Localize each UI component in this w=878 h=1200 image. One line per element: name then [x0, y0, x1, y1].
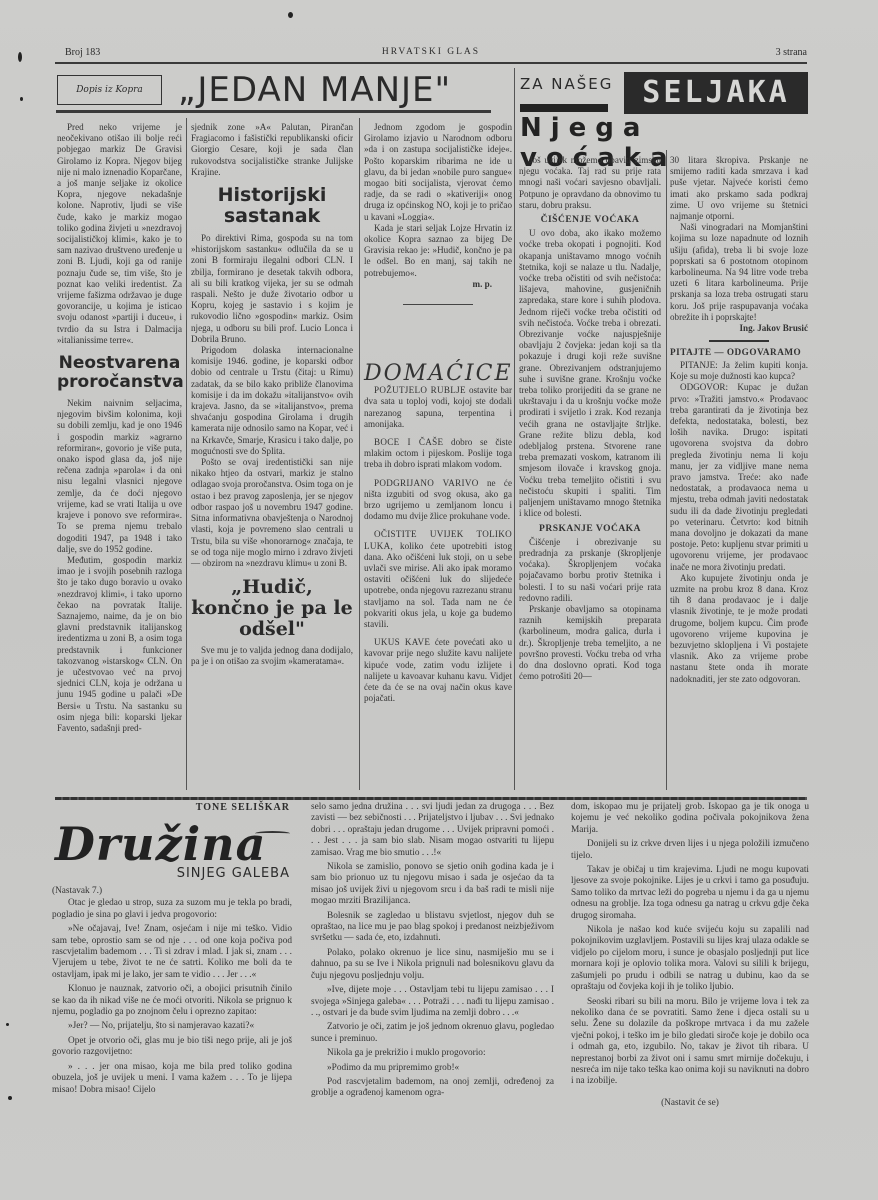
subheading: „Hudič, končno je pa le odšel" [191, 577, 353, 640]
page-number: 3 strana [776, 47, 807, 58]
kicker-box: Dopis iz Kopra [57, 75, 162, 105]
tip-lead: BOCE I ČAŠE [374, 437, 443, 447]
paragraph: Prskanje obavljamo sa otopinama raznih k… [519, 604, 661, 682]
column-divider [186, 118, 187, 790]
paragraph: 30 litara škropiva. Prskanje ne smijemo … [670, 155, 808, 222]
paragraph: Kada je stari seljak Lojze Hrvatin iz ok… [364, 223, 512, 279]
paragraph: Bolesnik se zagledao u blistavu svjetlos… [311, 911, 554, 945]
paper-name: HRVATSKI GLAS [55, 47, 807, 57]
column-divider [666, 150, 667, 790]
subheading: Historijski sastanak [191, 185, 353, 227]
paragraph: sjednik zone »A« Palutan, Pirančan Fragi… [191, 122, 353, 178]
serial-title: Družina [55, 817, 266, 871]
paragraph: Opet je otvorio oči, glas mu je bio tiši… [52, 1036, 292, 1059]
scan-speck [18, 52, 22, 62]
tip-lead: PODGRIJANO VARIVO [374, 478, 479, 488]
article-title: „JEDAN MANJE" [178, 70, 488, 110]
scan-speck [6, 1023, 9, 1026]
paragraph: Nikola ga je prekrižio i muklo progovori… [311, 1048, 554, 1059]
tip-lead: POŽUTJELO RUBLJE [374, 385, 466, 395]
paragraph: Pošto se ovaj iredentistički san nije ni… [191, 457, 353, 569]
qa-answer: Ako kupujete životinju onda je uzmite na… [670, 573, 808, 685]
tip-item: UKUS KAVE ćete povećati ako u kavovar pr… [364, 637, 512, 704]
article-column-2: sjednik zone »A« Palutan, Pirančan Fragi… [191, 122, 353, 668]
paragraph: Jednom zgodom je gospodin Girolamo izjav… [364, 122, 512, 223]
paragraph: Međutim, gospodin markiz imao je i svoji… [57, 555, 182, 734]
ornament-rule [709, 340, 769, 342]
article-signature: m. p. [364, 279, 492, 290]
title-rule [56, 110, 491, 113]
paragraph: Seoski ribari su bili na moru. Bilo je v… [571, 997, 809, 1088]
qa-title: PITAJTE — ODGOVARAMO [670, 347, 808, 358]
paragraph: »Ive, dijete moje . . . Ostavljam tebi t… [311, 985, 554, 1019]
seljak-column-1: Još uvijek možemo obaviti zimsku njegu v… [519, 155, 661, 682]
tips-list: POŽUTJELO RUBLJE ostavite bar dva sata u… [364, 385, 512, 704]
paragraph: U ovo doba, ako ikako možemo voćke treba… [519, 228, 661, 519]
serial-column-2: selo samo jedna družina . . . svi ljudi … [311, 802, 554, 1103]
qa-answer: ODGOVOR: Kupac je dužan prvo: »Tražiti j… [670, 382, 808, 572]
paragraph: Nekim naivnim seljacima, njegovim bivšim… [57, 398, 182, 555]
paragraph: Sve mu je to valjda jednog dana dodijalo… [191, 645, 353, 667]
paragraph: Polako, polako okrenuo je lice sinu, nas… [311, 948, 554, 982]
paragraph: Prigodom dolaska internacionalne komisij… [191, 345, 353, 457]
tip-lead: UKUS KAVE [374, 637, 430, 647]
newspaper-page: Broj 183 HRVATSKI GLAS 3 strana Dopis iz… [0, 0, 878, 1200]
article-signature: Ing. Jakov Brusić [670, 323, 808, 334]
scan-speck [20, 97, 23, 101]
article-column-1: Pred neko vrijeme je neočekivano otišao … [57, 122, 182, 734]
ornament-rule [403, 304, 473, 305]
paragraph: Još uvijek možemo obaviti zimsku njegu v… [519, 155, 661, 211]
domacice-section: DOMAĆICE POŽUTJELO RUBLJE ostavite bar d… [364, 368, 512, 704]
section-title: DOMAĆICE [364, 368, 512, 379]
tip-item: POŽUTJELO RUBLJE ostavite bar dva sata u… [364, 385, 512, 430]
paragraph: Pred neko vrijeme je neočekivano otišao … [57, 122, 182, 346]
paragraph: Donijeli su iz crkve drven lijes i u nje… [571, 839, 809, 862]
paragraph: »Ne očajavaj, Ive! Znam, osjećam i nije … [52, 924, 292, 981]
qa-question: PITANJE: Ja želim kupiti konja. Koje su … [670, 360, 808, 382]
serial-column-1: (Nastavak 7.) Otac je gledao u strop, su… [52, 886, 292, 1099]
paragraph: »Podimo da mu pripremimo grob!« [311, 1063, 554, 1074]
paragraph: Čišćenje i obrezivanje su predradnja za … [519, 537, 661, 604]
paragraph: Klonuo je nauznak, zatvorio oči, a oboji… [52, 984, 292, 1018]
paragraph: Zatvorio je oči, zatim je još jednom okr… [311, 1022, 554, 1045]
paragraph: dom, iskopao mu je prijatelj grob. Iskop… [571, 802, 809, 836]
column-divider [514, 68, 515, 790]
continued-note: (Nastavit će se) [571, 1098, 809, 1109]
title-swash [255, 831, 290, 836]
tip-text: koliko ćete upotrebiti istog dana. Ako o… [364, 541, 512, 629]
tip-item: PODGRIJANO VARIVO ne će ništa izgubiti o… [364, 478, 512, 523]
paragraph: Po direktivi Rima, gospoda su na tom »hi… [191, 233, 353, 345]
paragraph: »Jer? — No, prijatelju, što si namjerava… [52, 1021, 292, 1032]
scan-speck [8, 1096, 12, 1100]
masthead-rule [55, 62, 807, 64]
section-banner: SELJAKA [624, 72, 808, 114]
paragraph: » . . . jer ona misao, koja me bila pred… [52, 1062, 292, 1096]
scan-speck [288, 12, 293, 18]
section-kicker: ZA NAŠEG [520, 75, 613, 93]
serial-subtitle: SINJEG GALEBA [150, 866, 290, 881]
serial-author: TONE SELIŠKAR [140, 802, 290, 813]
masthead: Broj 183 HRVATSKI GLAS 3 strana [55, 45, 807, 61]
banner-bar [520, 104, 608, 112]
seljak-column-2: 30 litara škropiva. Prskanje ne smijemo … [670, 155, 808, 685]
paragraph: Otac je gledao u strop, suza za suzom mu… [52, 898, 292, 921]
paragraph: Pod rascvjetalim bademom, na onoj zemlji… [311, 1077, 554, 1100]
subheading: Neostvarena proročanstva [57, 354, 182, 392]
column-divider [359, 118, 360, 790]
installment-label: (Nastavak 7.) [52, 886, 292, 897]
paragraph: Nikola je našao kod kuće svijeću koju su… [571, 925, 809, 993]
paragraph: Nikola se zamislio, ponovo se sjetio oni… [311, 862, 554, 908]
tip-item: OČISTITE UVIJEK TOLIKO LUKA, koliko ćete… [364, 529, 512, 630]
tip-item: BOCE I ČAŠE dobro se čiste mlakim octom … [364, 437, 512, 471]
subheading: PRSKANJE VOĆAKA [519, 524, 661, 535]
paragraph: Naši vinogradari na Momjanštini kojima s… [670, 222, 808, 323]
paragraph: selo samo jedna družina . . . svi ljudi … [311, 802, 554, 859]
serial-column-3: dom, iskopao mu je prijatelj grob. Iskop… [571, 802, 809, 1109]
section-rule [55, 797, 807, 800]
article-column-3: Jednom zgodom je gospodin Girolamo izjav… [364, 122, 512, 305]
subheading: ČIŠĆENJE VOĆAKA [519, 215, 661, 226]
paragraph: Takav je običaj u tim krajevima. Ljudi n… [571, 865, 809, 922]
